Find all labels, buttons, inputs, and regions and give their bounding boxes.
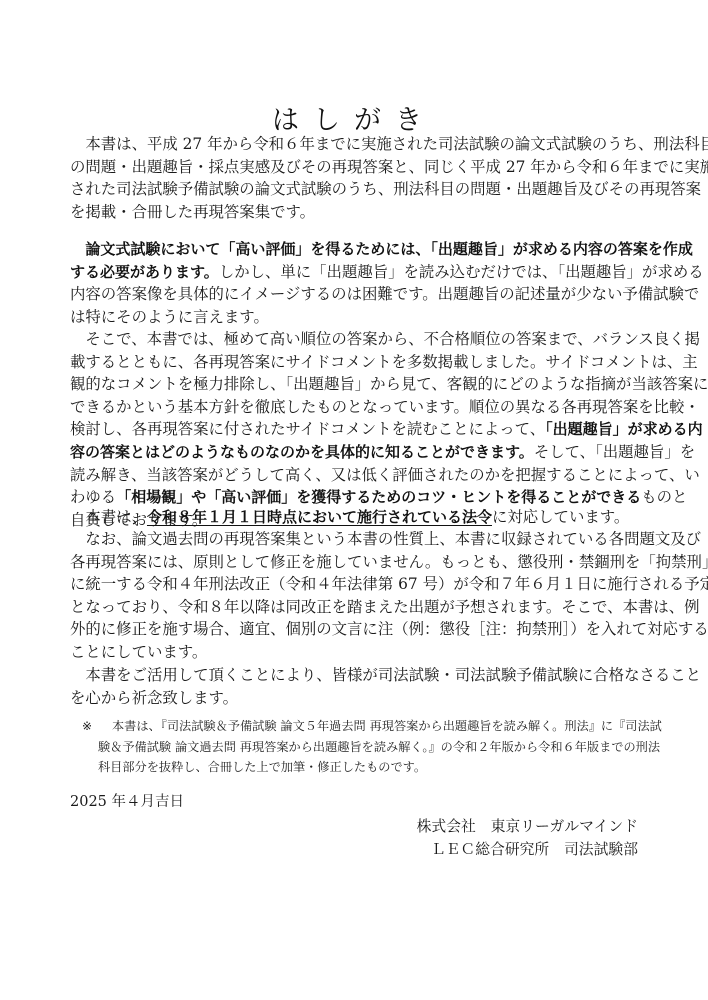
- text-line: 外的に修正を施す場合、適宜、個別の文言に注（例：懲役［注：拘禁刑］）を入れて対応…: [70, 618, 640, 641]
- paragraph-method: そこで、本書では、極めて高い順位の答案から、不合格順位の答案まで、バランス良く掲…: [70, 328, 640, 531]
- text-line: 本書をご活用して頂くことにより、皆様が司法試験・司法試験予備試験に合格なさること: [70, 664, 640, 687]
- text-line: 本書は、令和８年１月１日時点において施行されている法令に対応しています。: [70, 506, 640, 529]
- text-line: そこで、本書では、極めて高い順位の答案から、不合格順位の答案まで、バランス良く掲: [70, 328, 640, 351]
- text-run: しかし、単に「出題趣旨」を読み込むだけでは、「出題趣旨」が求める: [219, 263, 704, 281]
- note-line: 験＆予備試験 論文過去問 再現答案から出題趣旨を読み解く。』の令和２年版から令和…: [98, 737, 638, 758]
- text-run: そして、「出題趣旨」を: [534, 443, 695, 461]
- text-line: された司法試験予備試験の論文式試験のうち、刑法科目の問題・出題趣旨及びその再現答…: [70, 178, 640, 201]
- document-page: はしがき 本書は、平成 27 年から令和６年までに実施された司法試験の論文式試験…: [0, 0, 708, 1000]
- text-line: を掲載・合冊した再現答案集です。: [70, 201, 640, 224]
- issue-date: 2025 年４月吉日: [70, 790, 184, 811]
- bold-emphasis: する必要があります。: [70, 263, 219, 281]
- text-line: 内容の答案像を具体的にイメージするのは困難です。出題趣旨の記述量が少ない予備試験…: [70, 283, 640, 306]
- page-title: はしがき: [0, 98, 708, 137]
- bold-emphasis: 論文式試験において「高い評価」を得るためには、「出題趣旨」が求める内容の答案を作…: [85, 240, 693, 258]
- text-line: ことにしています。: [70, 641, 640, 664]
- bold-emphasis: 「出題趣旨」が求める内: [545, 420, 703, 438]
- text-line: を心から祈念致します。: [70, 687, 640, 710]
- text-line: 論文式試験において「高い評価」を得るためには、「出題趣旨」が求める内容の答案を作…: [70, 238, 640, 261]
- text-line: 各再現答案には、原則として修正を施していません。もっとも、懲役刑・禁錮刑を「拘禁…: [70, 551, 640, 574]
- text-run: 検討し、各再現答案に付されたサイドコメントを読むことによって、: [70, 420, 545, 438]
- text-line: に統一する令和４年刑法改正（令和４年法律第 67 号）が令和７年６月１日に施行さ…: [70, 573, 640, 596]
- paragraph-purpose: 論文式試験において「高い評価」を得るためには、「出題趣旨」が求める内容の答案を作…: [70, 238, 640, 328]
- text-run: に対応しています。: [492, 508, 629, 526]
- text-line: 読み解き、当該答案がどうして高く、又は低く評価されたのかを把握することによって、…: [70, 464, 640, 487]
- footnote: ※ 本書は、『司法試験＆予備試験 論文５年過去問 再現答案から出題趣旨を読み解く…: [98, 716, 638, 778]
- publisher-name: 株式会社 東京リーガルマインド: [417, 815, 638, 836]
- paragraph-closing: 本書をご活用して頂くことにより、皆様が司法試験・司法試験予備試験に合格なさること…: [70, 664, 640, 709]
- text-line: となっており、令和８年以降は同改正を踏まえた出題が予想されます。そこで、本書は、…: [70, 596, 640, 619]
- bold-emphasis: 容の答案とはどのようなものなのかを具体的に知ることができます。: [70, 443, 534, 461]
- paragraph-law-date: 本書は、令和８年１月１日時点において施行されている法令に対応しています。: [70, 506, 640, 529]
- text-line: 載するとともに、各再現答案にサイドコメントを多数掲載しました。サイドコメントは、…: [70, 351, 640, 374]
- note-line: 本書は、『司法試験＆予備試験 論文５年過去問 再現答案から出題趣旨を読み解く。刑…: [98, 716, 638, 737]
- text-run: ものと: [641, 488, 687, 506]
- text-line: は特にそのように言えます。: [70, 306, 640, 329]
- text-run: わゆる: [70, 488, 116, 506]
- text-line: 容の答案とはどのようなものなのかを具体的に知ることができます。そして、「出題趣旨…: [70, 441, 640, 464]
- publisher-department: ＬＥＣ総合研究所 司法試験部: [431, 838, 638, 859]
- text-line: する必要があります。しかし、単に「出題趣旨」を読み込むだけでは、「出題趣旨」が求…: [70, 261, 640, 284]
- reference-mark-icon: ※: [82, 716, 92, 737]
- bold-emphasis: 「相場観」や「高い評価」を獲得するためのコツ・ヒントを得ることができる: [116, 488, 641, 506]
- paragraph-intro: 本書は、平成 27 年から令和６年までに実施された司法試験の論文式試験のうち、刑…: [70, 133, 640, 223]
- text-line: の問題・出題趣旨・採点実感及びその再現答案と、同じく平成 27 年から令和６年ま…: [70, 156, 640, 179]
- text-run: 本書は、: [85, 508, 147, 526]
- text-line: 検討し、各再現答案に付されたサイドコメントを読むことによって、「出題趣旨」が求め…: [70, 418, 640, 441]
- paragraph-revision-note: なお、論文過去問の再現答案集という本書の性質上、本書に収録されている各問題文及び…: [70, 528, 640, 664]
- text-line: 本書は、平成 27 年から令和６年までに実施された司法試験の論文式試験のうち、刑…: [70, 133, 640, 156]
- note-line: 科目部分を抜粋し、合冊した上で加筆・修正したものです。: [98, 757, 638, 778]
- text-line: できるかという基本方針を徹底したものとなっています。順位の異なる各再現答案を比較…: [70, 396, 640, 419]
- text-line: なお、論文過去問の再現答案集という本書の性質上、本書に収録されている各問題文及び: [70, 528, 640, 551]
- underlined-emphasis: 令和８年１月１日時点において施行されている法令: [147, 508, 492, 526]
- text-line: 観的なコメントを極力排除し、「出題趣旨」から見て、客観的にどのような指摘が当該答…: [70, 373, 640, 396]
